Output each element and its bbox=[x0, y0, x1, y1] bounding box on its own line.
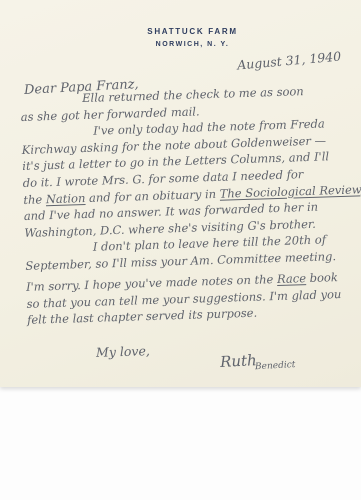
letterhead: SHATTUCK FARM NORWICH, N. Y. bbox=[12, 27, 361, 48]
body-text-segment: book bbox=[306, 270, 338, 285]
date-line: August 31, 1940 bbox=[236, 48, 341, 72]
body-text-segment: the bbox=[23, 192, 46, 207]
letterhead-farm-name: SHATTUCK FARM bbox=[12, 27, 361, 36]
underlined-publication-title: Nation bbox=[46, 191, 86, 206]
underlined-book-title: Race bbox=[277, 271, 306, 286]
body-text-segment: and for an obituary in bbox=[85, 186, 220, 204]
letter-paper: SHATTUCK FARM NORWICH, N. Y. August 31, … bbox=[0, 0, 361, 387]
underlined-publication-title: The Sociological Review bbox=[219, 182, 360, 200]
photo-background: SHATTUCK FARM NORWICH, N. Y. August 31, … bbox=[0, 0, 361, 500]
letterhead-location: NORWICH, N. Y. bbox=[12, 41, 361, 48]
signature-first-name: Ruth bbox=[220, 351, 258, 371]
signature-last-name: Benedict bbox=[255, 360, 296, 372]
signature: RuthBenedict bbox=[220, 348, 298, 371]
letter-body: Ella returned the check to me as soon as… bbox=[20, 83, 361, 330]
closing: My love, bbox=[96, 343, 150, 360]
